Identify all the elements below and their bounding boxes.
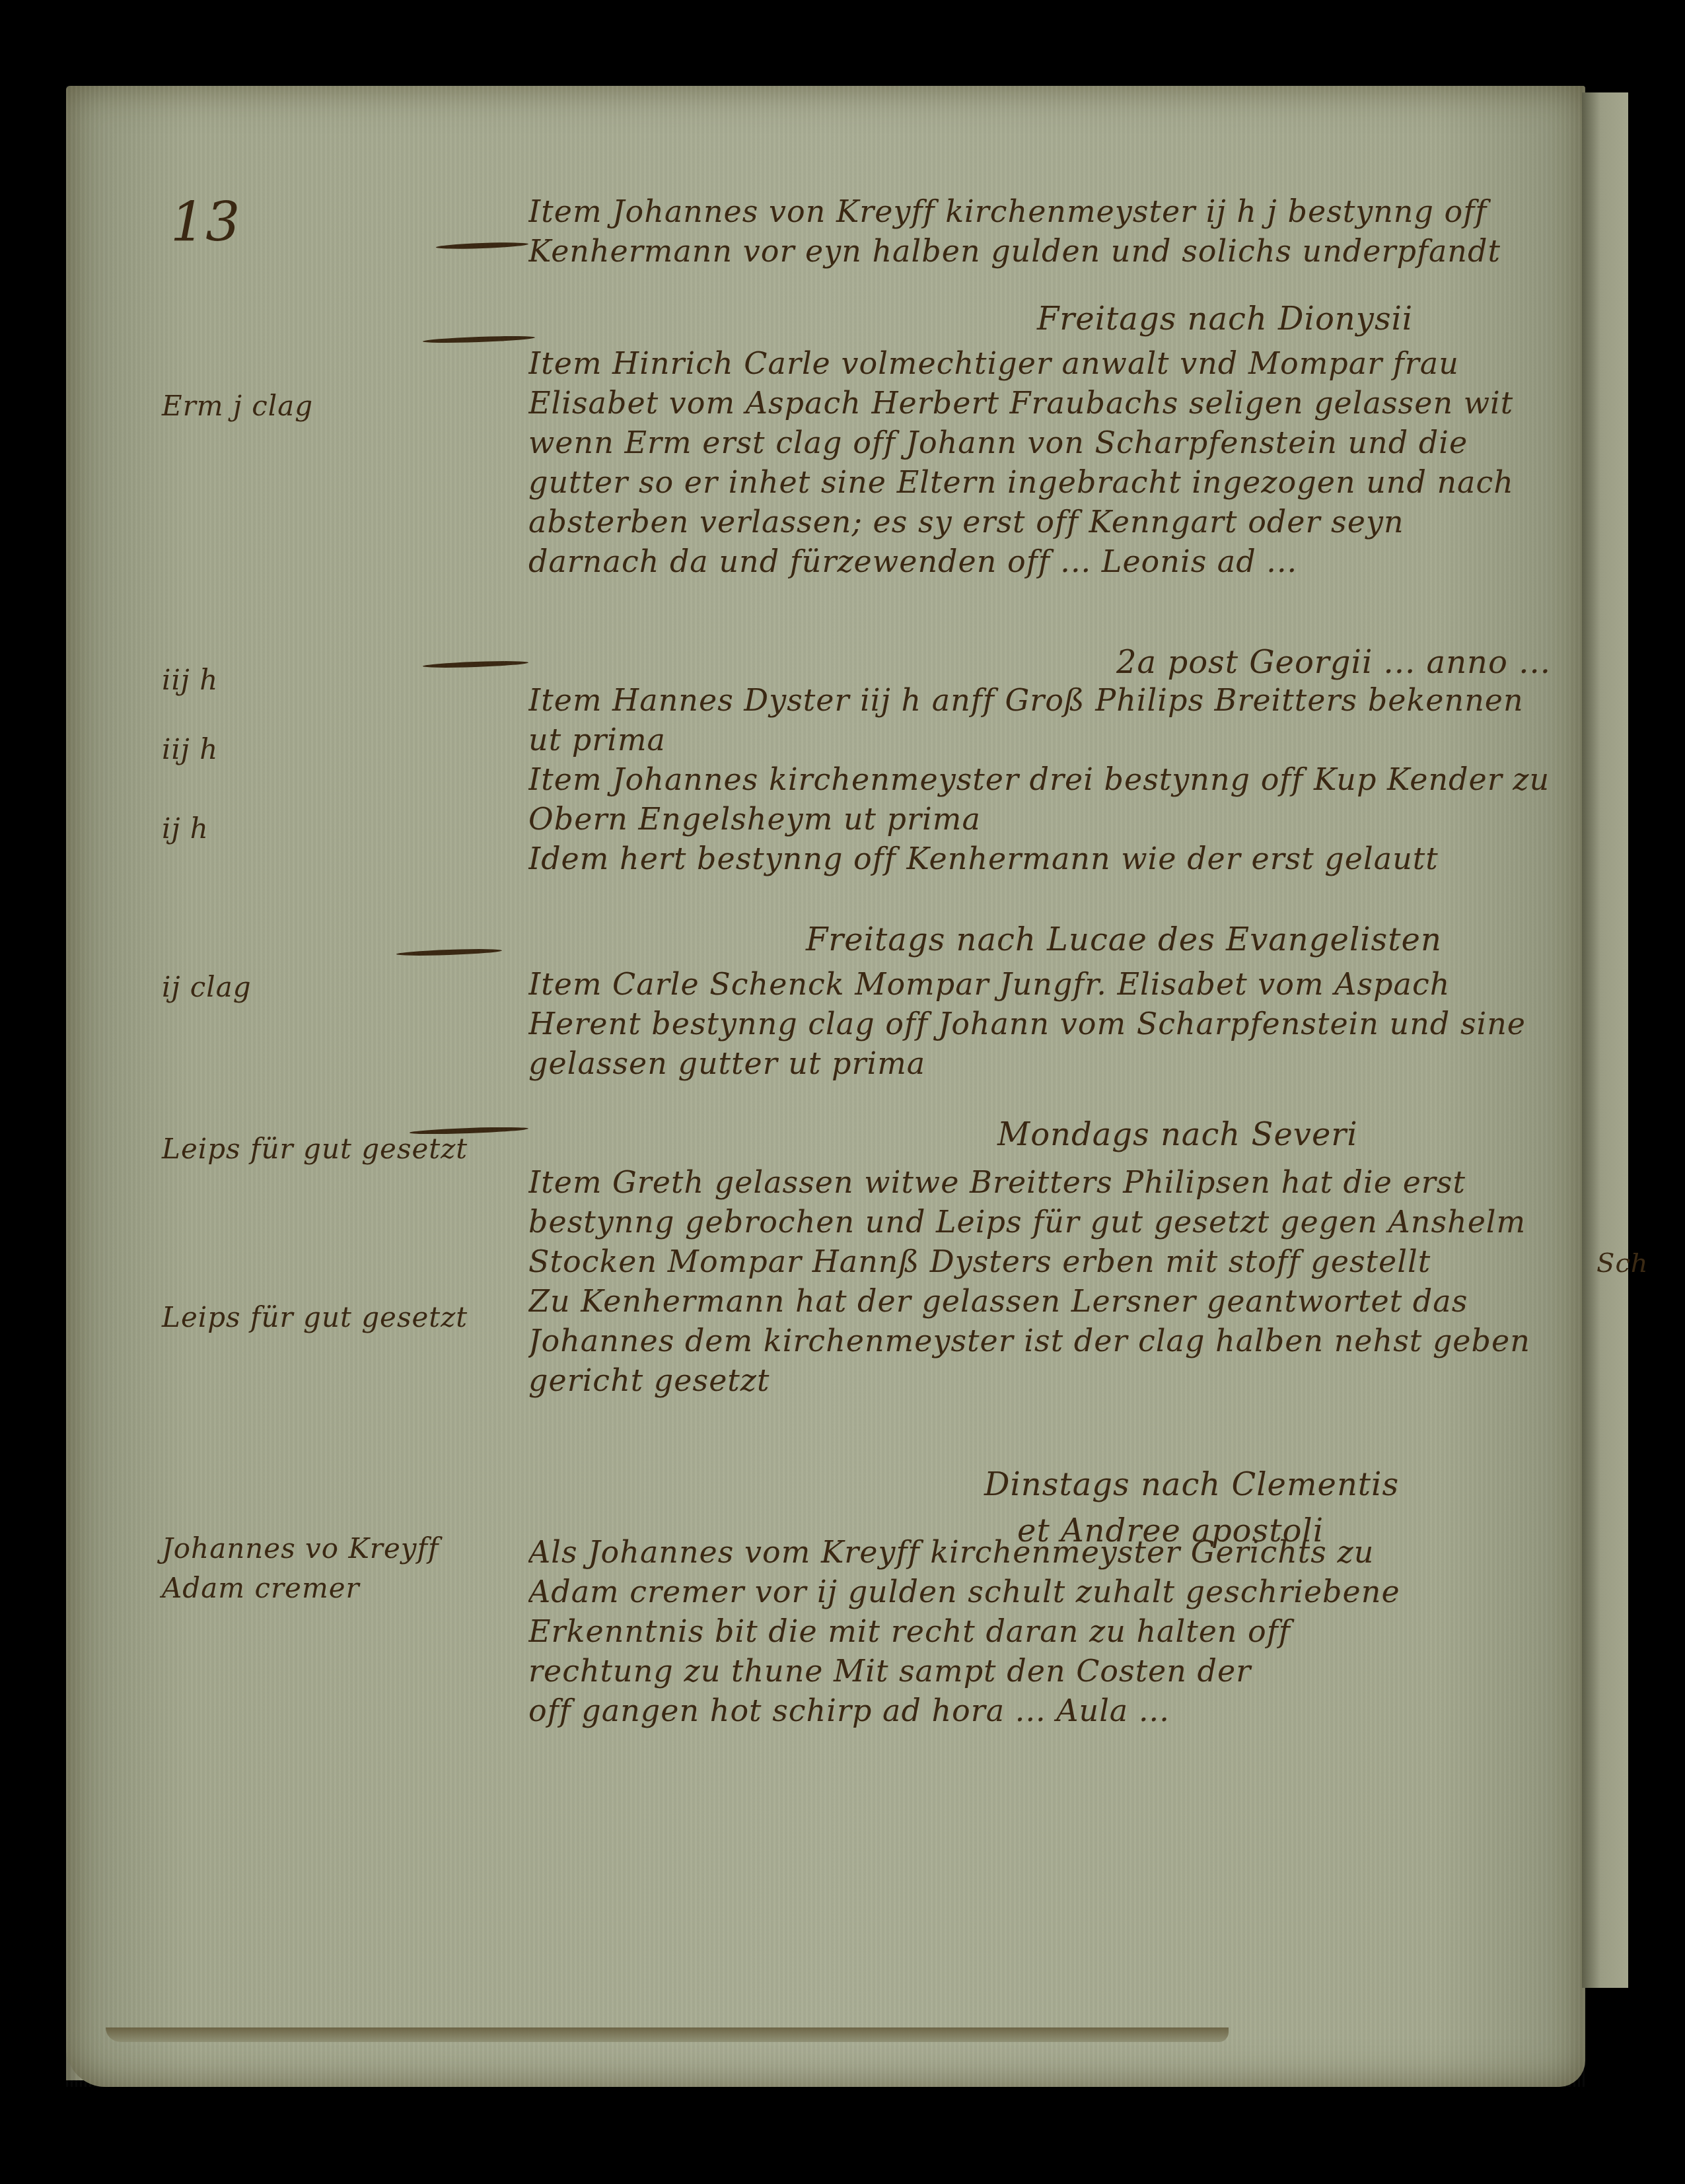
margin-note: ij h — [162, 812, 209, 845]
entry-line: Zu Kenhermann hat der gelassen Lersner g… — [528, 1281, 1559, 1321]
entry-line: Erkenntnis bit die mit recht daran zu ha… — [528, 1611, 1559, 1651]
margin-note: Erm j clag — [162, 390, 313, 422]
register-entry: Item Johannes von Kreyff kirchenmeyster … — [528, 192, 1559, 271]
register-entry: Item Greth gelassen witwe Breitters Phil… — [528, 1162, 1559, 1400]
entry-line: gericht gesetzt — [528, 1360, 1559, 1400]
adjacent-page-edge: Sch — [1582, 92, 1628, 1988]
folio-number: 13 — [170, 192, 240, 254]
entry-line: off gangen hot schirp ad hora ... Aula .… — [528, 1691, 1559, 1730]
entry-line: rechtung zu thune Mit sampt den Costen d… — [528, 1651, 1559, 1691]
page-bottom-edge — [106, 2027, 1229, 2042]
entry-line: darnach da und fürzewenden off ... Leoni… — [528, 542, 1559, 581]
margin-note: Adam cremer — [162, 1572, 360, 1604]
entry-line: Kenhermann vor eyn halben gulden und sol… — [528, 231, 1559, 271]
register-entry: Item Hinrich Carle volmechtiger anwalt v… — [528, 343, 1559, 581]
entry-line: wenn Erm erst clag off Johann von Scharp… — [528, 423, 1559, 462]
register-entry: Als Johannes vom Kreyff kirchenmeyster G… — [528, 1532, 1559, 1730]
entry-line: Item Hannes Dyster iij h anff Groß Phili… — [528, 680, 1559, 720]
date-heading: Freitags nach Lucae des Evangelisten — [806, 921, 1442, 958]
entry-line: Adam cremer vor ij gulden schult zuhalt … — [528, 1572, 1559, 1611]
entry-line: Item Carle Schenck Mompar Jungfr. Elisab… — [528, 964, 1559, 1004]
register-entry: Item Carle Schenck Mompar Jungfr. Elisab… — [528, 964, 1559, 1083]
margin-note: Leips für gut gesetzt — [162, 1301, 468, 1333]
entry-line: Idem hert bestynng off Kenhermann wie de… — [528, 839, 1559, 878]
margin-note: iij h — [162, 664, 218, 696]
entry-line: absterben verlassen; es sy erst off Kenn… — [528, 502, 1559, 542]
entry-line: ut prima — [528, 720, 1559, 759]
margin-note: Johannes vo Kreyff — [162, 1532, 439, 1565]
entry-line: Als Johannes vom Kreyff kirchenmeyster G… — [528, 1532, 1559, 1572]
entry-line: Item Hinrich Carle volmechtiger anwalt v… — [528, 343, 1559, 383]
register-entry: Item Hannes Dyster iij h anff Groß Phili… — [528, 680, 1559, 878]
entry-line: gelassen gutter ut prima — [528, 1043, 1559, 1083]
entry-line: Stocken Mompar Hannß Dysters erben mit s… — [528, 1242, 1559, 1281]
entry-line: bestynng gebrochen und Leips für gut ges… — [528, 1202, 1559, 1242]
date-heading: Freitags nach Dionysii — [1037, 300, 1413, 337]
entry-line: gutter so er inhet sine Eltern ingebrach… — [528, 462, 1559, 502]
margin-note: Leips für gut gesetzt — [162, 1133, 468, 1165]
date-heading: 2a post Georgii ... anno ... — [1116, 644, 1551, 681]
margin-note: iij h — [162, 733, 218, 765]
date-heading: Dinstags nach Clementis — [984, 1466, 1399, 1503]
entry-line: Item Johannes kirchenmeyster drei bestyn… — [528, 759, 1559, 799]
entry-line: Item Johannes von Kreyff kirchenmeyster … — [528, 192, 1559, 231]
entry-line: Johannes dem kirchenmeyster ist der clag… — [528, 1321, 1559, 1360]
margin-note: ij clag — [162, 971, 252, 1003]
adjacent-page-fragment: Sch — [1596, 1248, 1649, 1279]
entry-line: Herent bestynng clag off Johann vom Scha… — [528, 1004, 1559, 1043]
entry-line: Item Greth gelassen witwe Breitters Phil… — [528, 1162, 1559, 1202]
date-heading: Mondags nach Severi — [997, 1116, 1358, 1153]
entry-line: Elisabet vom Aspach Herbert Fraubachs se… — [528, 383, 1559, 423]
entry-line: Obern Engelsheym ut prima — [528, 799, 1559, 839]
